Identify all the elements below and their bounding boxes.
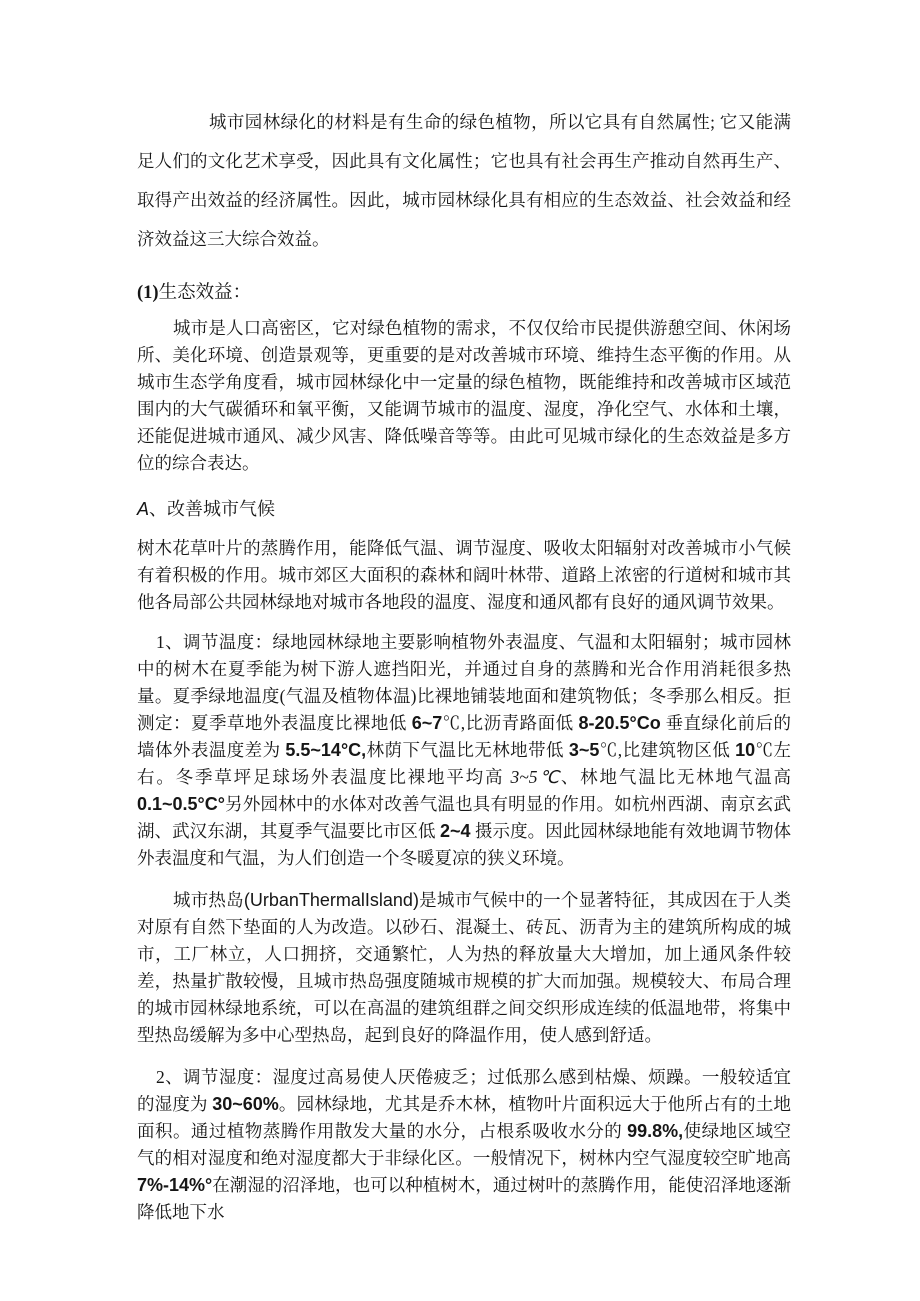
value-run: 99.8%, <box>627 1121 683 1141</box>
text-run: 城市是人口高密区，它对绿色植物的需求，不仅仅给市民提供游憩空间、休闲场所、美化环… <box>137 318 791 473</box>
value-run-italic: 3~5℃ <box>511 767 561 787</box>
value-run: 2~4 <box>440 821 471 841</box>
text-run: 在潮湿的沼泽地，也可以种植树木，通过树叶的蒸腾作用，能使沼泽地逐渐降低地下水 <box>137 1175 791 1222</box>
value-run: 6~7 <box>412 713 443 733</box>
intro-paragraph: 城市园林绿化的材料是有生命的绿色植物，所以它具有自然属性; 它又能满足人们的文化… <box>137 103 791 259</box>
paragraph-urban-heat-island: 城市热岛(UrbanThermalIsland)是城市气候中的一个显著特征，其成… <box>137 887 791 1049</box>
text-run: 、林地气温比无林地气温高 <box>561 767 791 787</box>
value-run: 5.5~14°C, <box>285 740 366 760</box>
english-term-run: (UrbanThermalIsland) <box>244 890 419 910</box>
value-run: 0.1~0.5°C° <box>137 794 225 814</box>
document-page: 城市园林绿化的材料是有生命的绿色植物，所以它具有自然属性; 它又能满足人们的文化… <box>137 103 791 1226</box>
text-run: 城市园林绿化的材料是有生命的绿色植物，所以它具有自然属性; 它又能满足人们的文化… <box>137 112 791 249</box>
value-run: 3~5 <box>569 740 600 760</box>
value-run: 30~60% <box>212 1094 279 1114</box>
subsection-heading-improve-city-climate: A、改善城市气候 <box>137 495 791 523</box>
text-run: 城市热岛 <box>173 890 244 910</box>
heading-number: (1) <box>137 283 159 303</box>
text-run: 是城市气候中的一个显著特征，其成因在于人类对原有自然下垫面的人为改造。以砂石、混… <box>137 890 791 1045</box>
paragraph-city-green-demand: 城市是人口高密区，它对绿色植物的需求，不仅仅给市民提供游憩空间、休闲场所、美化环… <box>137 315 791 477</box>
paragraph-humidity-regulation: 2、调节湿度：湿度过高易使人厌倦疲乏；过低那么感到枯燥、烦躁。一般较适宜的湿度为… <box>137 1064 791 1226</box>
heading-text: 、改善城市气候 <box>149 499 275 519</box>
heading-text: 生态效益： <box>159 283 252 303</box>
text-run: 树木花草叶片的蒸腾作用，能降低气温、调节湿度、吸收太阳辐射对改善城市小气候有着积… <box>137 538 791 612</box>
value-run: 7%-14%° <box>137 1175 212 1195</box>
heading-letter: A <box>137 499 149 519</box>
value-run: 10 <box>735 740 755 760</box>
text-run: ℃,比建筑物区低 <box>599 740 735 760</box>
text-run: ℃,比沥青路面低 <box>442 713 578 733</box>
text-run: 林荫下气温比无林地带低 <box>366 740 569 760</box>
section-heading-ecological-benefit: (1)生态效益： <box>137 279 791 307</box>
paragraph-transpiration-effect: 树木花草叶片的蒸腾作用，能降低气温、调节湿度、吸收太阳辐射对改善城市小气候有着积… <box>137 535 791 616</box>
value-run: 8-20.5°Co <box>578 713 660 733</box>
paragraph-temperature-regulation: 1、调节温度：绿地园林绿地主要影响植物外表温度、气温和太阳辐射；城市园林中的树木… <box>137 629 791 872</box>
